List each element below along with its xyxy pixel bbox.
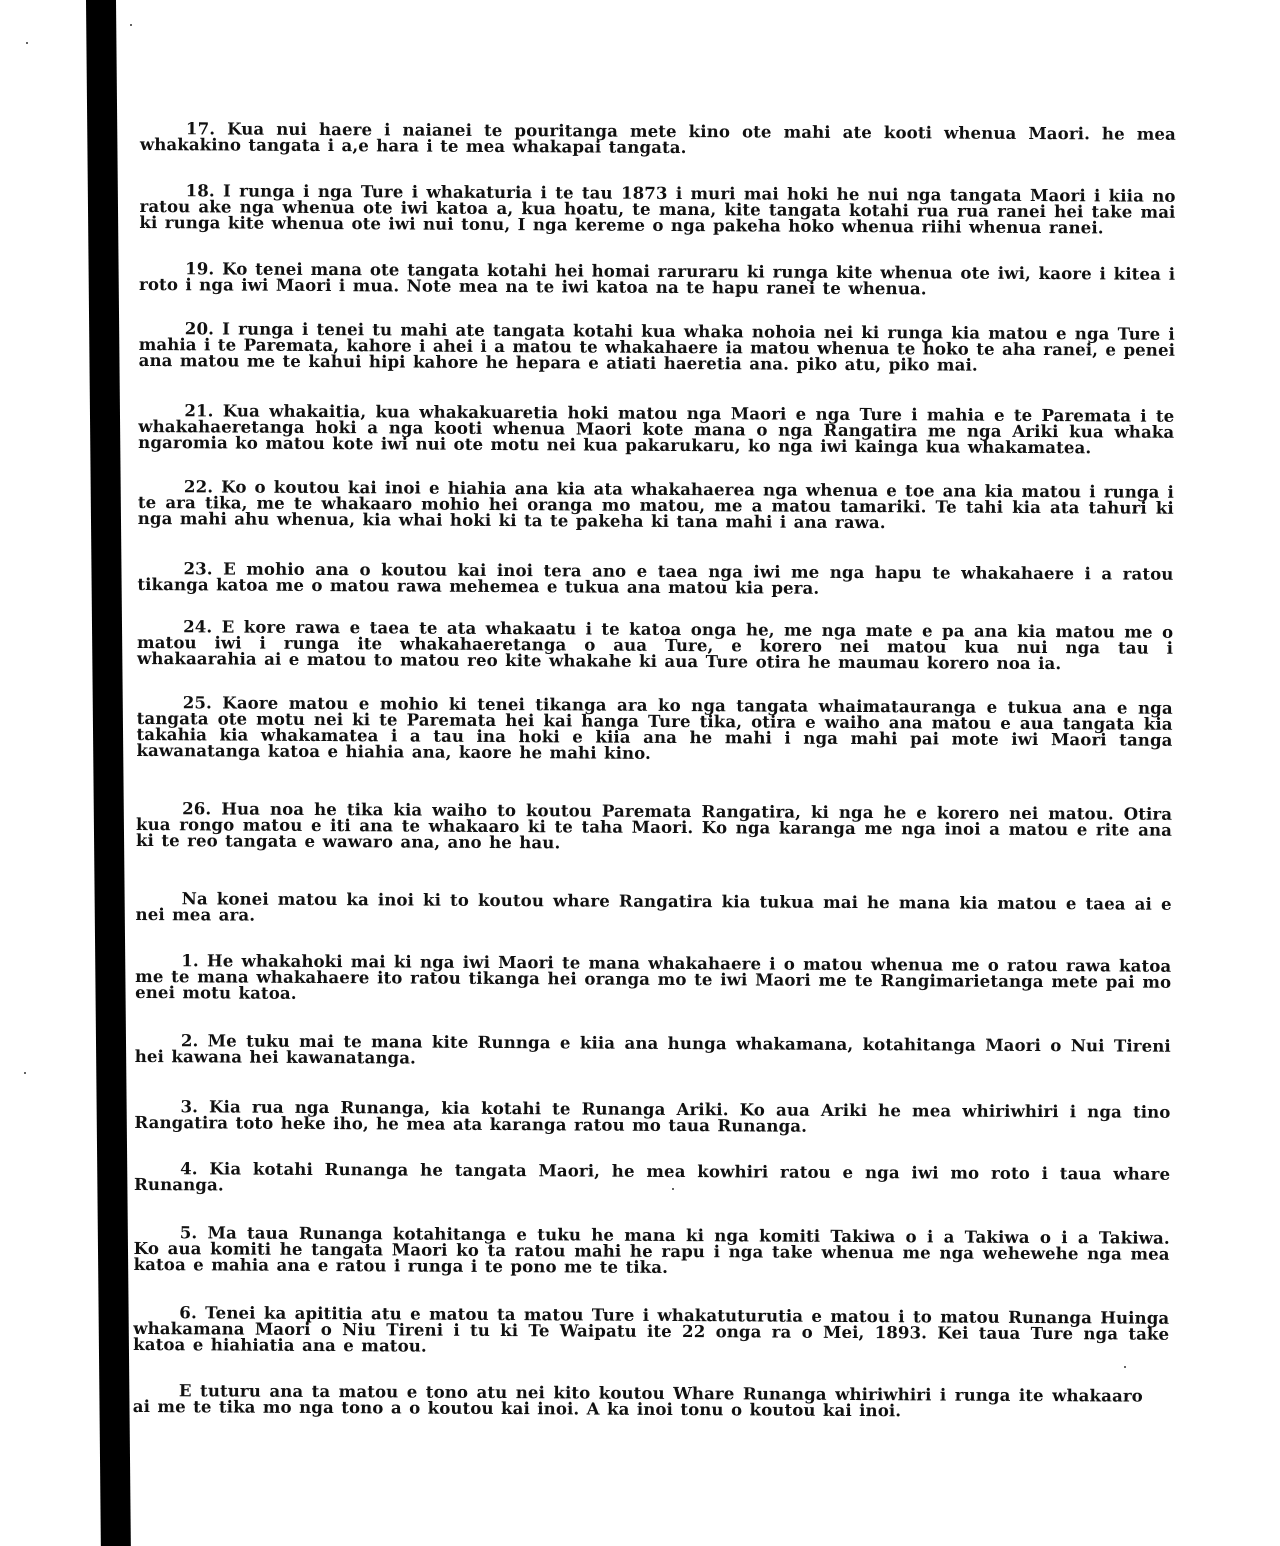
paragraph-request-6: 6. Tenei ka apititia atu e matou ta mato… bbox=[133, 1304, 1169, 1358]
paragraph-24: 24. E kore rawa e taea te ata whakaatu i… bbox=[137, 618, 1173, 672]
paragraph-22: 22. Ko o koutou kai inoi e hiahia ana ki… bbox=[138, 478, 1174, 532]
paragraph-line: Na konei matou ka inoi ki to koutou whar… bbox=[136, 890, 1172, 912]
paragraph-17: 17. Kua nui haere i naianei te pouritang… bbox=[140, 120, 1176, 158]
scan-speck bbox=[24, 1072, 26, 1074]
scan-speck bbox=[26, 42, 28, 44]
paragraph-19: 19. Ko tenei mana ote tangata kotahi hei… bbox=[139, 260, 1175, 298]
paragraph-line: ki runga kite whenua ote iwi nui tonu, I… bbox=[139, 214, 1175, 236]
document-page: 17. Kua nui haere i naianei te pouritang… bbox=[140, 120, 1176, 126]
paragraph-25: 25. Kaore matou e mohio ki tenei tikanga… bbox=[136, 694, 1172, 764]
paragraph-closing: E tuturu ana ta matou e tono atu nei kit… bbox=[133, 1382, 1143, 1420]
paragraph-request-5: 5. Ma taua Runanga kotahitanga e tuku he… bbox=[134, 1224, 1170, 1278]
paragraph-line: 4. Kia kotahi Runanga he tangata Maori, … bbox=[134, 1160, 1170, 1182]
paragraph-request-3: 3. Kia rua nga Runanga, kia kotahi te Ru… bbox=[134, 1098, 1170, 1136]
paragraph-18: 18. I runga i nga Ture i whakaturia i te… bbox=[139, 182, 1175, 236]
paragraph-26: 26. Hua noa he tika kia waiho to koutou … bbox=[136, 800, 1172, 854]
paragraph-line: whakaarahia ai e matou to matou reo kite… bbox=[137, 650, 1173, 672]
scan-speck bbox=[1124, 1366, 1126, 1368]
paragraph-23: 23. E mohio ana o koutou kai inoi tera a… bbox=[137, 560, 1173, 598]
paragraph-21: 21. Kua whakaitia, kua whakakuaretia hok… bbox=[138, 402, 1174, 456]
paragraph-request-4: 4. Kia kotahi Runanga he tangata Maori, … bbox=[134, 1160, 1170, 1198]
paragraph-prayer-intro: Na konei matou ka inoi ki to koutou whar… bbox=[136, 890, 1172, 928]
paragraph-20: 20. I runga i tenei tu mahi ate tangata … bbox=[139, 320, 1175, 374]
scan-speck bbox=[130, 24, 132, 26]
paragraph-request-1: 1. He whakahoki mai ki nga iwi Maori te … bbox=[135, 952, 1171, 1006]
paragraph-request-2: 2. Me tuku mai te mana kite Runnga e kii… bbox=[135, 1032, 1171, 1070]
scan-edge-bar bbox=[86, 0, 131, 1546]
paragraph-line: ngaromia ko matou kote iwi nui ote motu … bbox=[138, 434, 1174, 456]
